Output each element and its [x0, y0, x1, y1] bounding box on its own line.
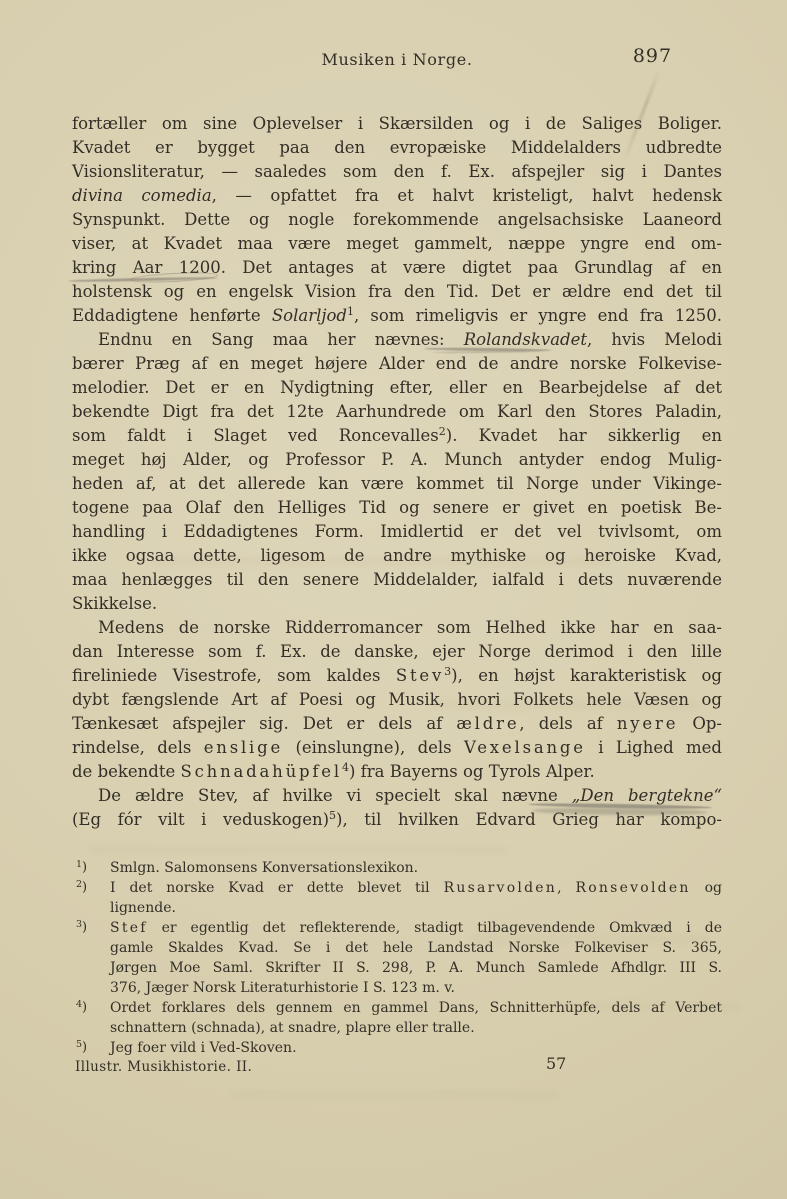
text-line: togene paa Olaf den Helliges Tid og sene… — [72, 496, 722, 520]
showthrough-smudge — [230, 1090, 560, 1100]
footnote: 1)Smlgn. Salomonsens Konversationslexiko… — [72, 858, 722, 878]
footnote: 5)Jeg foer vild i Ved-Skoven. — [72, 1038, 722, 1058]
text-line: de bekendte Schnadahüpfel4) fra Bayerns … — [72, 760, 722, 784]
text-line: handling i Eddadigtenes Form. Imidlertid… — [72, 520, 722, 544]
text-line: divina comedia, — opfattet fra et halvt … — [72, 184, 722, 208]
text-line: Jeg foer vild i Ved-Skoven. — [110, 1038, 722, 1058]
text-line: meget høj Alder, og Professor P. A. Munc… — [72, 448, 722, 472]
text-line: Skikkelse. — [72, 592, 722, 616]
text-line: Jørgen Moe Saml. Skrifter II S. 298, P. … — [110, 958, 722, 978]
text-line: Endnu en Sang maa her nævnes: Rolandskva… — [72, 328, 722, 352]
text-line: maa henlægges til den senere Middelalder… — [72, 568, 722, 592]
text-line: dan Interesse som f. Ex. de danske, ejer… — [72, 640, 722, 664]
footnote-marker: 1) — [76, 858, 87, 878]
text-line: ikke ogsaa dette, ligesom de andre mythi… — [72, 544, 722, 568]
text-line: gamle Skaldes Kvad. Se i det hele Landst… — [110, 938, 722, 958]
page-number: 897 — [633, 45, 672, 67]
text-line: 376, Jæger Norsk Literaturhistorie I S. … — [110, 978, 722, 998]
text-line: som faldt i Slaget ved Roncevalles2). Kv… — [72, 424, 722, 448]
text-line: Visionsliteratur, — saaledes som den f. … — [72, 160, 722, 184]
text-line: heden af, at det allerede kan være komme… — [72, 472, 722, 496]
sheet-number: 57 — [546, 1054, 566, 1073]
text-line: I det norske Kvad er dette blevet til Ru… — [110, 878, 722, 898]
footer-signature: Illustr. Musikhistorie. II. — [75, 1057, 252, 1077]
text-line: schnattern (schnada), at snadre, plapre … — [110, 1018, 722, 1038]
footnote-marker: 2) — [76, 878, 87, 898]
text-line: lignende. — [110, 898, 722, 918]
text-line: Medens de norske Ridderromancer som Helh… — [72, 616, 722, 640]
text-line: Stef er egentlig det reflekterende, stad… — [110, 918, 722, 938]
text-line: kring Aar 1200. Det antages at være digt… — [72, 256, 722, 280]
footnote: 4)Ordet forklares dels gennem en gammel … — [72, 998, 722, 1038]
text-line: rindelse, dels enslige (einslungne), del… — [72, 736, 722, 760]
footnote-marker: 5) — [76, 1038, 87, 1058]
text-line: Synspunkt. Dette og nogle forekommende a… — [72, 208, 722, 232]
footnote-marker: 4) — [76, 998, 87, 1018]
text-line: viser, at Kvadet maa være meget gammelt,… — [72, 232, 722, 256]
text-line: Smlgn. Salomonsens Konversationslexikon. — [110, 858, 722, 878]
running-title: Musiken i Norge. — [72, 50, 722, 69]
footnote: 3)Stef er egentlig det reflekterende, st… — [72, 918, 722, 998]
text-line: Ordet forklares dels gennem en gammel Da… — [110, 998, 722, 1018]
text-line: De ældre Stev, af hvilke vi specielt ska… — [72, 784, 722, 808]
text-line: bærer Præg af en meget højere Alder end … — [72, 352, 722, 376]
text-line: fireliniede Visestrofe, som kaldes Stev3… — [72, 664, 722, 688]
text-line: holstensk og en engelsk Vision fra den T… — [72, 280, 722, 304]
text-line: fortæller om sine Oplevelser i Skærsilde… — [72, 112, 722, 136]
text-line: dybt fængslende Art af Poesi og Musik, h… — [72, 688, 722, 712]
footnote-marker: 3) — [76, 918, 87, 938]
body-text: fortæller om sine Oplevelser i Skærsilde… — [72, 112, 722, 832]
book-page-scan: Musiken i Norge. 897 fortæller om sine O… — [0, 0, 787, 1199]
text-line: Tænkesæt afspejler sig. Det er dels af æ… — [72, 712, 722, 736]
text-line: bekendte Digt fra det 12te Aarhundrede o… — [72, 400, 722, 424]
showthrough-smudge — [88, 845, 508, 855]
text-line: Eddadigtene henførte Solarljod1, som rim… — [72, 304, 722, 328]
text-line: melodier. Det er en Nydigtning efter, el… — [72, 376, 722, 400]
footnote: 2)I det norske Kvad er dette blevet til … — [72, 878, 722, 918]
footnotes: 1)Smlgn. Salomonsens Konversationslexiko… — [72, 858, 722, 1058]
text-line: (Eg fór vilt i veduskogen)5), til hvilke… — [72, 808, 722, 832]
